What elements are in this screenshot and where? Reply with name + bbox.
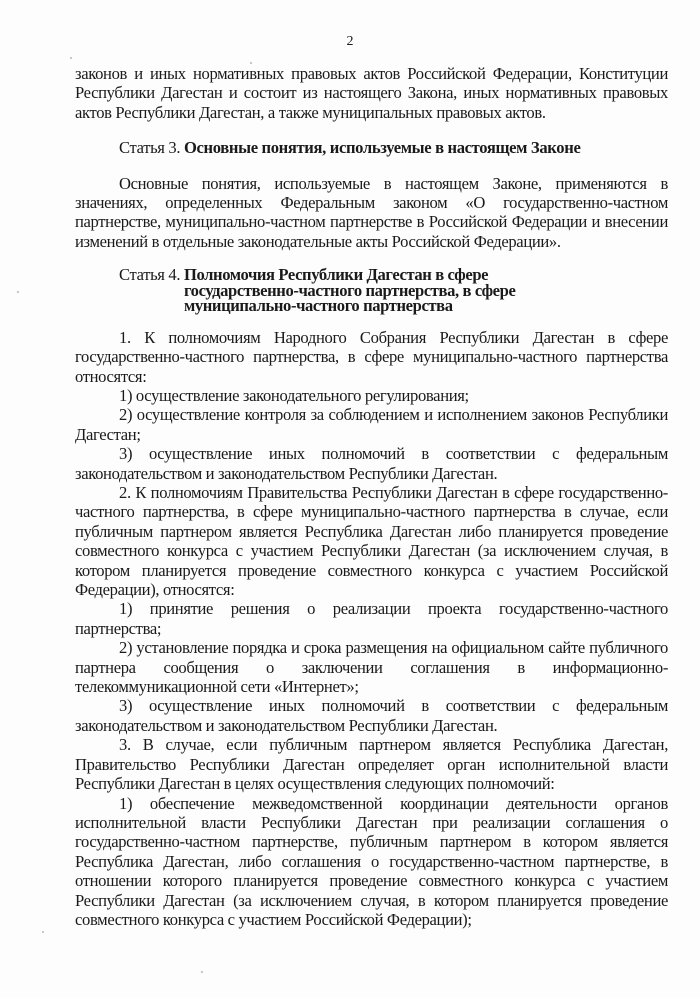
article-4-item-1-3: 3) осуществление иных полномочий в соотв… — [75, 444, 668, 483]
scan-speck — [17, 291, 19, 293]
article-4-item-3-1: 1) обеспечение межведомственной координа… — [75, 794, 668, 930]
article-3-label: Статья 3. — [119, 138, 180, 157]
scan-speck — [250, 62, 252, 64]
article-3-heading: Статья 3. Основные понятия, используемые… — [75, 138, 668, 157]
article-4-label: Статья 4. — [119, 267, 180, 314]
article-4-item-1-1: 1) осуществление законодательного регули… — [75, 386, 668, 405]
article-4-item-1-2: 2) осуществление контроля за соблюдением… — [75, 405, 668, 444]
scan-speck — [201, 971, 203, 973]
article-3-title: Основные понятия, используемые в настоящ… — [184, 138, 581, 157]
intro-paragraph: законов и иных нормативных правовых акто… — [75, 64, 668, 122]
article-4-heading: Статья 4. Полномочия Республики Дагестан… — [75, 267, 668, 314]
page-number: 2 — [0, 34, 700, 50]
article-4-title: Полномочия Республики Дагестан в сфере г… — [184, 267, 584, 314]
article-3-paragraph: Основные понятия, используемые в настоящ… — [75, 174, 668, 252]
document-page: 2 законов и иных нормативных правовых ак… — [0, 0, 700, 998]
article-4-paragraph-2: 2. К полномочиям Правительства Республик… — [75, 483, 668, 599]
article-4-item-2-1: 1) принятие решения о реализации проекта… — [75, 599, 668, 638]
scan-speck — [42, 931, 44, 933]
scan-speck — [70, 57, 72, 59]
article-4-paragraph-3: 3. В случае, если публичным партнером яв… — [75, 735, 668, 793]
document-body: законов и иных нормативных правовых акто… — [75, 64, 668, 929]
article-4-paragraph-1: 1. К полномочиям Народного Собрания Респ… — [75, 328, 668, 386]
article-4-item-2-3: 3) осуществление иных полномочий в соотв… — [75, 696, 668, 735]
article-4-item-2-2: 2) установление порядка и срока размещен… — [75, 638, 668, 696]
